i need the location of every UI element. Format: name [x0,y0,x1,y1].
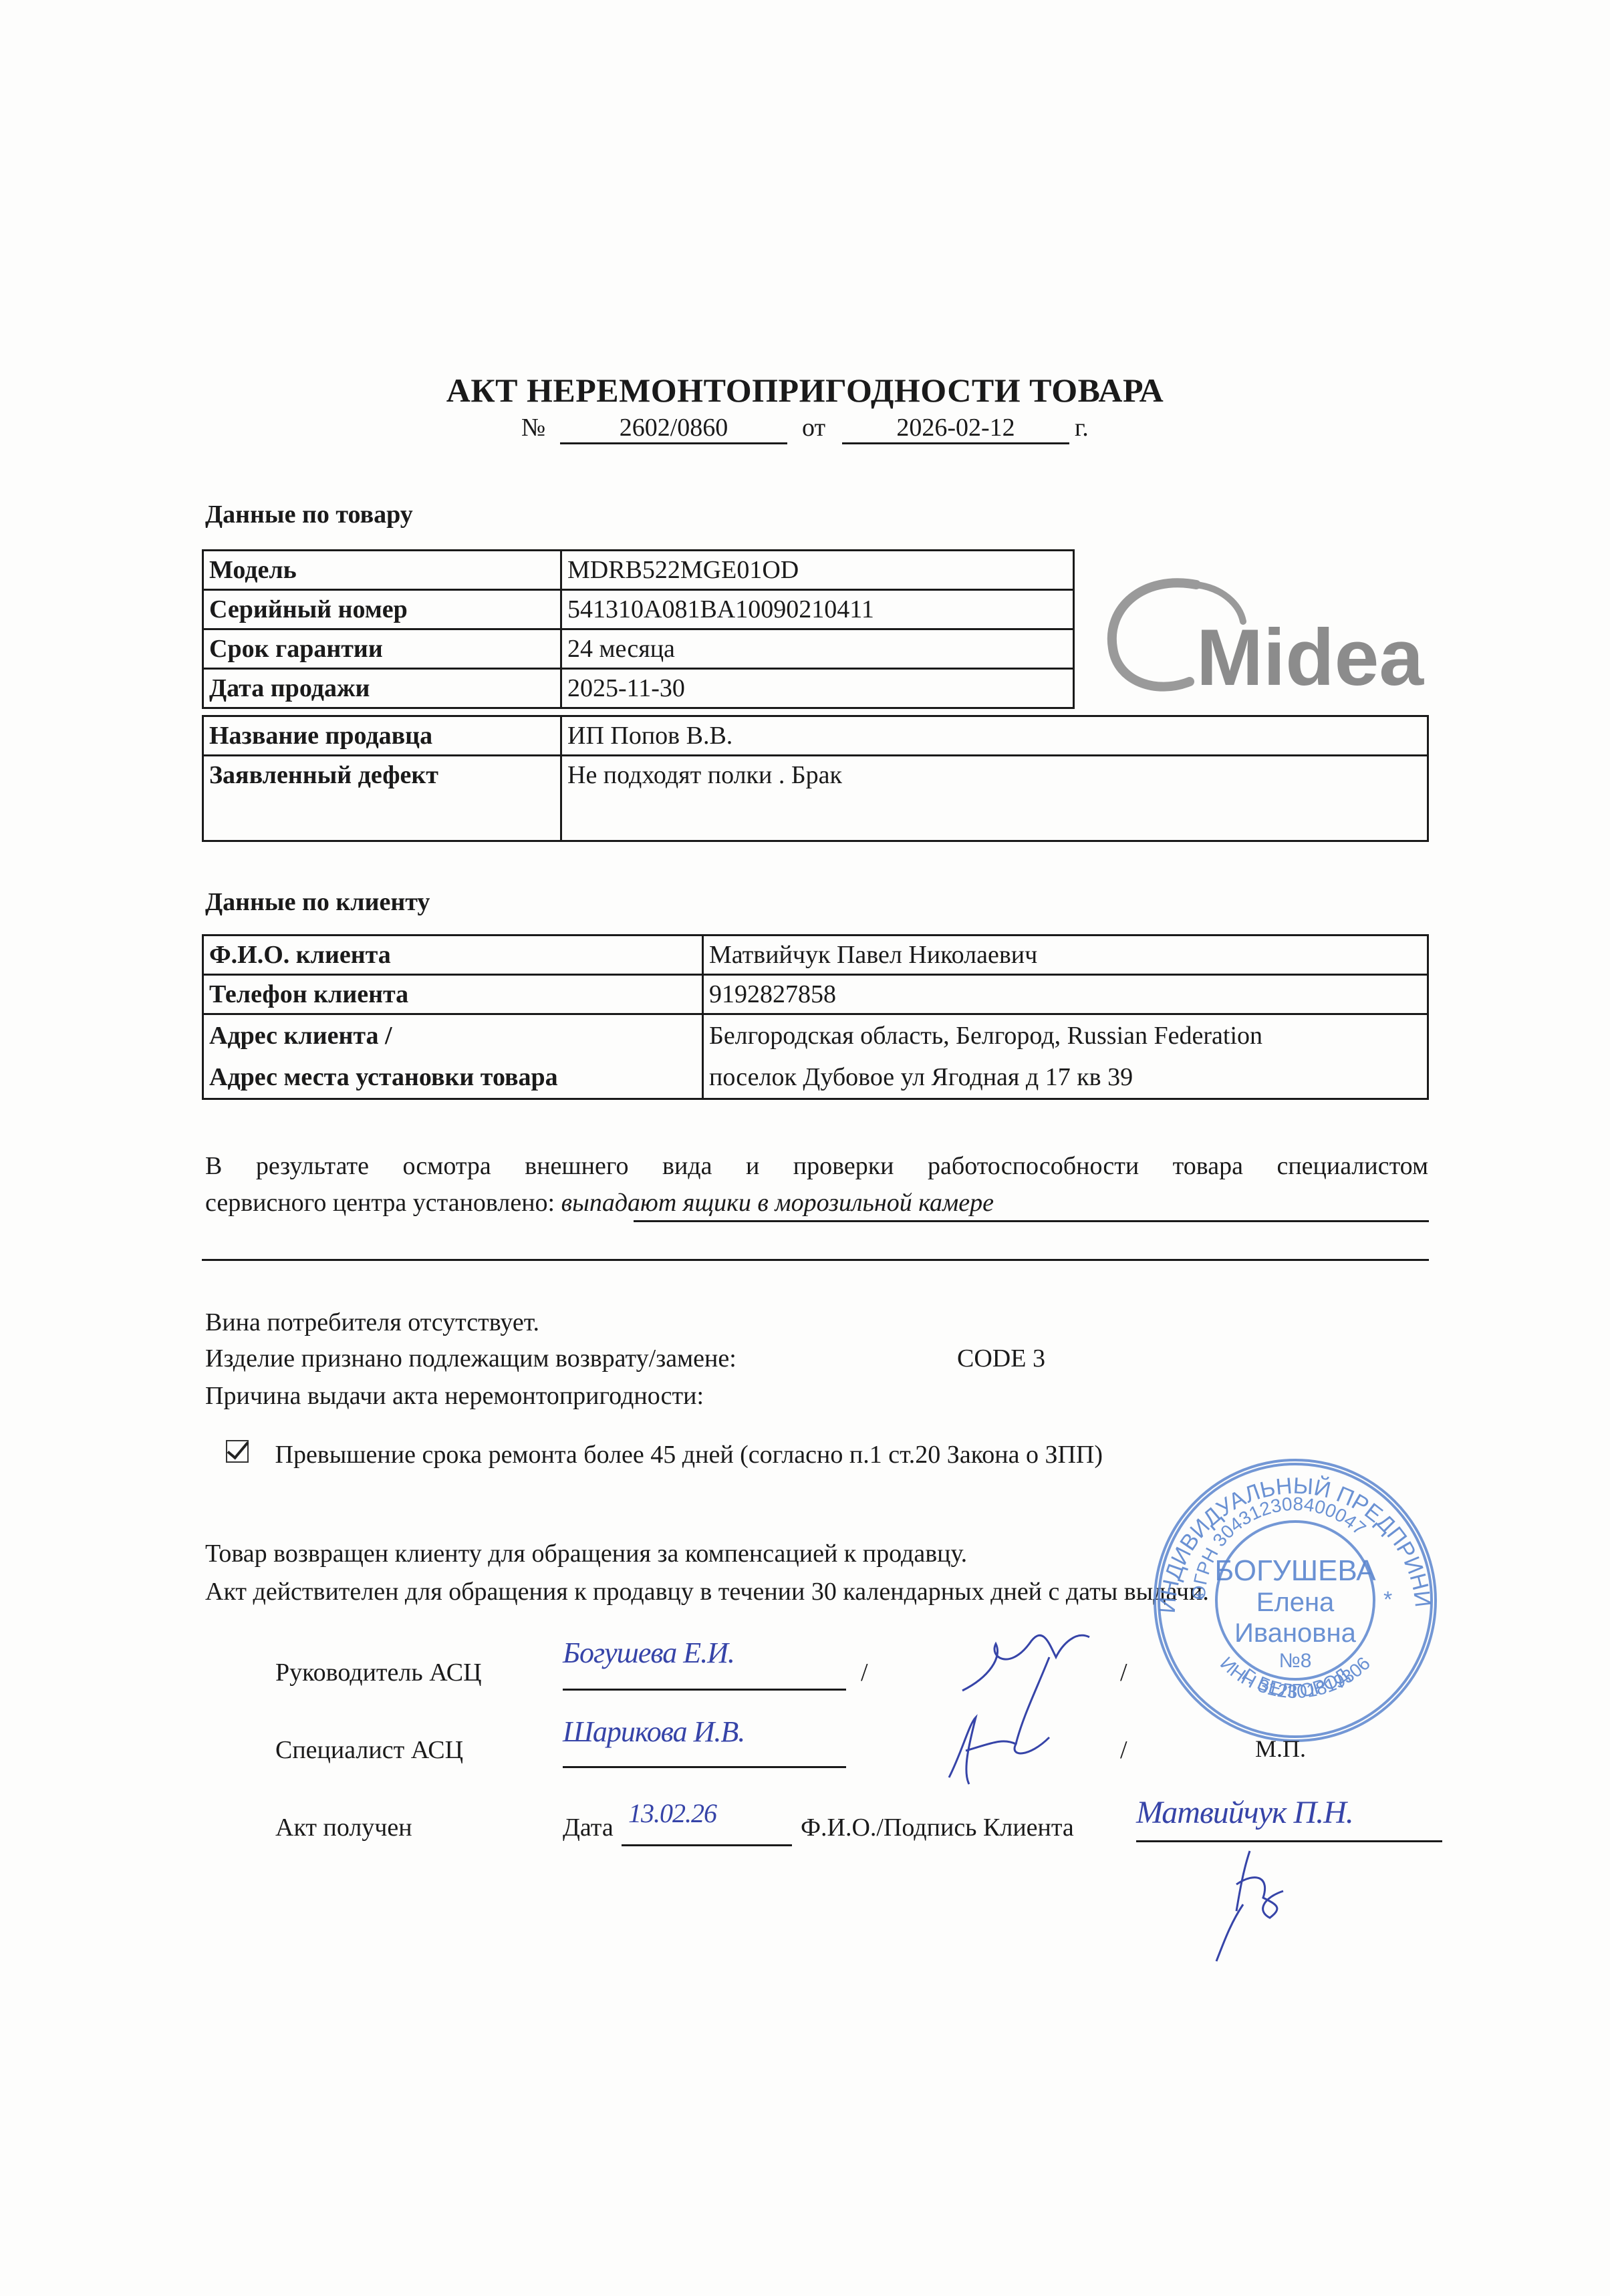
sale-date-value: 2025-11-30 [561,669,1074,708]
client-name-value: Матвийчук Павел Николаевич [703,936,1428,975]
received-date-handwritten: 13.02.26 [628,1798,716,1829]
head-name-handwritten: Богушева Е.И. [563,1636,734,1670]
client-address-value: Белгородская область, Белгород, Russian … [703,1014,1428,1099]
reason-text: Превышение срока ремонта более 45 дней (… [275,1441,1103,1469]
blank-line [202,1259,1429,1261]
date-prefix: от [802,413,825,442]
product-table-top: Модель MDRB522MGE01OD Серийный номер 541… [202,549,1075,709]
document-date: 2026-02-12 [842,413,1069,444]
serial-value: 541310A081BA10090210411 [561,590,1074,629]
finding-underline [634,1220,1429,1222]
defect-label: Заявленный дефект [203,756,561,841]
company-stamp: ИНДИВИДУАЛЬНЫЙ ПРЕДПРИНИМАТЕЛЬ ОГРН 3043… [1148,1453,1442,1747]
sale-date-label: Дата продажи [203,669,561,708]
svg-text:БОГУШЕВА: БОГУШЕВА [1214,1554,1376,1587]
date-label: Дата [563,1810,614,1846]
reason-heading: Причина выдачи акта неремонтопригодности… [205,1378,704,1415]
consumer-fault-text: Вина потребителя отсутствует. [205,1304,539,1341]
model-value: MDRB522MGE01OD [561,551,1074,590]
client-sign-label: Ф.И.О./Подпись Клиента [801,1810,1074,1846]
client-table: Ф.И.О. клиента Матвийчук Павел Николаеви… [202,934,1429,1100]
svg-text:*: * [1195,1587,1204,1612]
svg-text:*: * [1383,1587,1392,1612]
specialist-name-handwritten: Шарикова И.В. [563,1715,745,1749]
address-label-line1: Адрес клиента / [209,1015,696,1056]
client-address-label: Адрес клиента / Адрес места установки то… [203,1014,703,1099]
document-number: 2602/0860 [560,413,787,444]
model-label: Модель [203,551,561,590]
table-row: Серийный номер 541310A081BA10090210411 [203,590,1074,629]
head-label: Руководитель АСЦ [275,1655,482,1691]
table-row: Модель MDRB522MGE01OD [203,551,1074,590]
midea-logo: Midea [1096,568,1444,702]
product-table-bottom: Название продавца ИП Попов В.В. Заявленн… [202,715,1429,842]
defect-value: Не подходят полки . Брак [561,756,1428,841]
svg-text:Midea: Midea [1196,613,1424,702]
reason-item: Превышение срока ремонта более 45 дней (… [226,1437,1103,1473]
received-label: Акт получен [275,1810,412,1846]
stamp-icon: ИНДИВИДУАЛЬНЫЙ ПРЕДПРИНИМАТЕЛЬ ОГРН 3043… [1148,1453,1442,1747]
midea-logo-icon: Midea [1096,568,1444,702]
serial-label: Серийный номер [203,590,561,629]
specialist-signature-scribble [936,1711,1069,1791]
client-signature-scribble [1190,1844,1323,1965]
return-note-line1: Товар возвращен клиенту для обращения за… [205,1536,967,1572]
inspection-finding: выпадают ящики в морозильной камере [561,1189,994,1217]
seller-value: ИП Попов В.В. [561,716,1428,756]
inspection-prefix: сервисного центра установлено: [205,1189,555,1217]
client-sign-line [1136,1840,1442,1842]
inspection-text-line2: сервисного центра установлено: выпадают … [205,1185,994,1222]
table-row: Ф.И.О. клиента Матвийчук Павел Николаеви… [203,936,1428,975]
address-value-line1: Белгородская область, Белгород, Russian … [709,1015,1422,1056]
client-phone-label: Телефон клиента [203,975,703,1014]
head-sign-separator: / [1120,1655,1127,1691]
table-row: Адрес клиента / Адрес места установки то… [203,1014,1428,1099]
reason-checkbox[interactable] [226,1440,249,1463]
table-row: Дата продажи 2025-11-30 [203,669,1074,708]
address-value-line2: поселок Дубовое ул Ягодная д 17 кв 39 [709,1056,1422,1098]
seller-label: Название продавца [203,716,561,756]
table-row: Телефон клиента 9192827858 [203,975,1428,1014]
return-eligibility-text: Изделие признано подлежащим возврату/зам… [205,1340,736,1377]
head-name-line [563,1689,846,1691]
received-date-line [622,1844,792,1846]
table-row: Срок гарантии 24 месяца [203,629,1074,669]
client-name-handwritten: Матвийчук П.Н. [1136,1794,1353,1831]
client-section-heading: Данные по клиенту [205,887,430,917]
product-section-heading: Данные по товару [205,500,413,529]
specialist-name-line [563,1766,846,1768]
head-separator: / [861,1655,868,1691]
client-phone-value: 9192827858 [703,975,1428,1014]
table-row: Название продавца ИП Попов В.В. [203,716,1428,756]
number-prefix: № [521,413,545,442]
inspection-text-line1: В результате осмотра внешнего вида и про… [205,1148,1428,1185]
warranty-value: 24 месяца [561,629,1074,669]
svg-text:Ивановна: Ивановна [1234,1618,1356,1648]
svg-text:№8: №8 [1279,1650,1312,1672]
return-code: CODE 3 [957,1340,1045,1377]
specialist-label: Специалист АСЦ [275,1732,463,1769]
table-row: Заявленный дефект Не подходят полки . Бр… [203,756,1428,841]
stamp-place-label: М.П. [1255,1731,1306,1767]
client-name-label: Ф.И.О. клиента [203,936,703,975]
svg-text:Елена: Елена [1256,1588,1335,1617]
specialist-sign-separator: / [1120,1732,1127,1769]
return-note-line2: Акт действителен для обращения к продавц… [205,1574,1209,1610]
address-label-line2: Адрес места установки товара [209,1056,696,1098]
date-suffix: г. [1075,413,1089,442]
document-title: АКТ НЕРЕМОНТОПРИГОДНОСТИ ТОВАРА [0,371,1610,410]
warranty-label: Срок гарантии [203,629,561,669]
